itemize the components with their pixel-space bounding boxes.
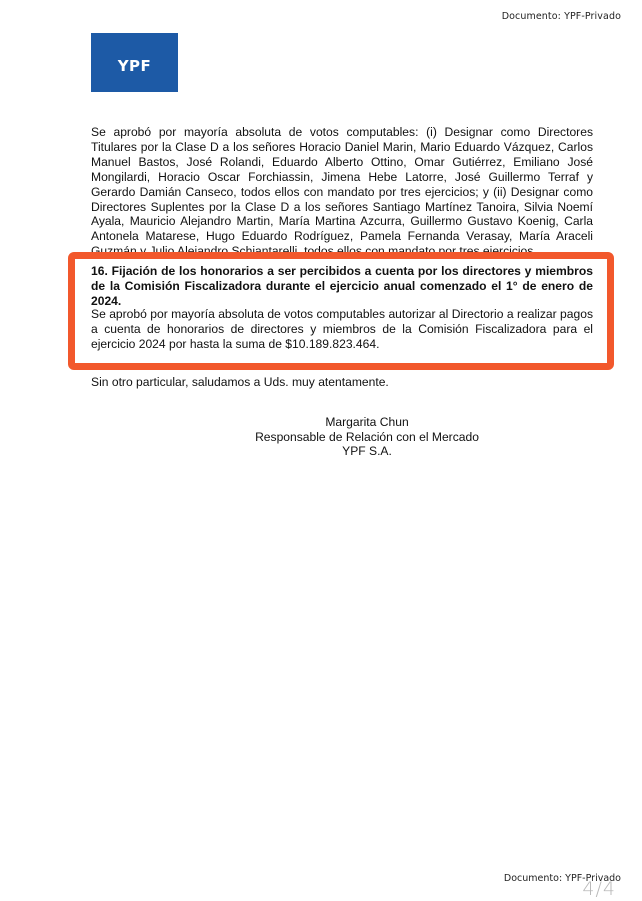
signature-block: Margarita Chun Responsable de Relación c… — [192, 415, 542, 459]
directors-paragraph: Se aprobó por mayoría absoluta de votos … — [91, 125, 593, 259]
signatory-company: YPF S.A. — [192, 444, 542, 459]
document-classification-header: Documento: YPF-Privado — [502, 11, 621, 22]
logo-text: YPF — [118, 57, 152, 75]
page-indicator: 4/4 — [582, 878, 616, 900]
signatory-name: Margarita Chun — [192, 415, 542, 430]
item-16-title: 16. Fijación de los honorarios a ser per… — [91, 264, 593, 309]
closing-line: Sin otro particular, saludamos a Uds. mu… — [91, 375, 593, 390]
item-16-text: Se aprobó por mayoría absoluta de votos … — [91, 307, 593, 352]
ypf-logo: YPF — [91, 33, 178, 92]
signatory-role: Responsable de Relación con el Mercado — [192, 430, 542, 445]
